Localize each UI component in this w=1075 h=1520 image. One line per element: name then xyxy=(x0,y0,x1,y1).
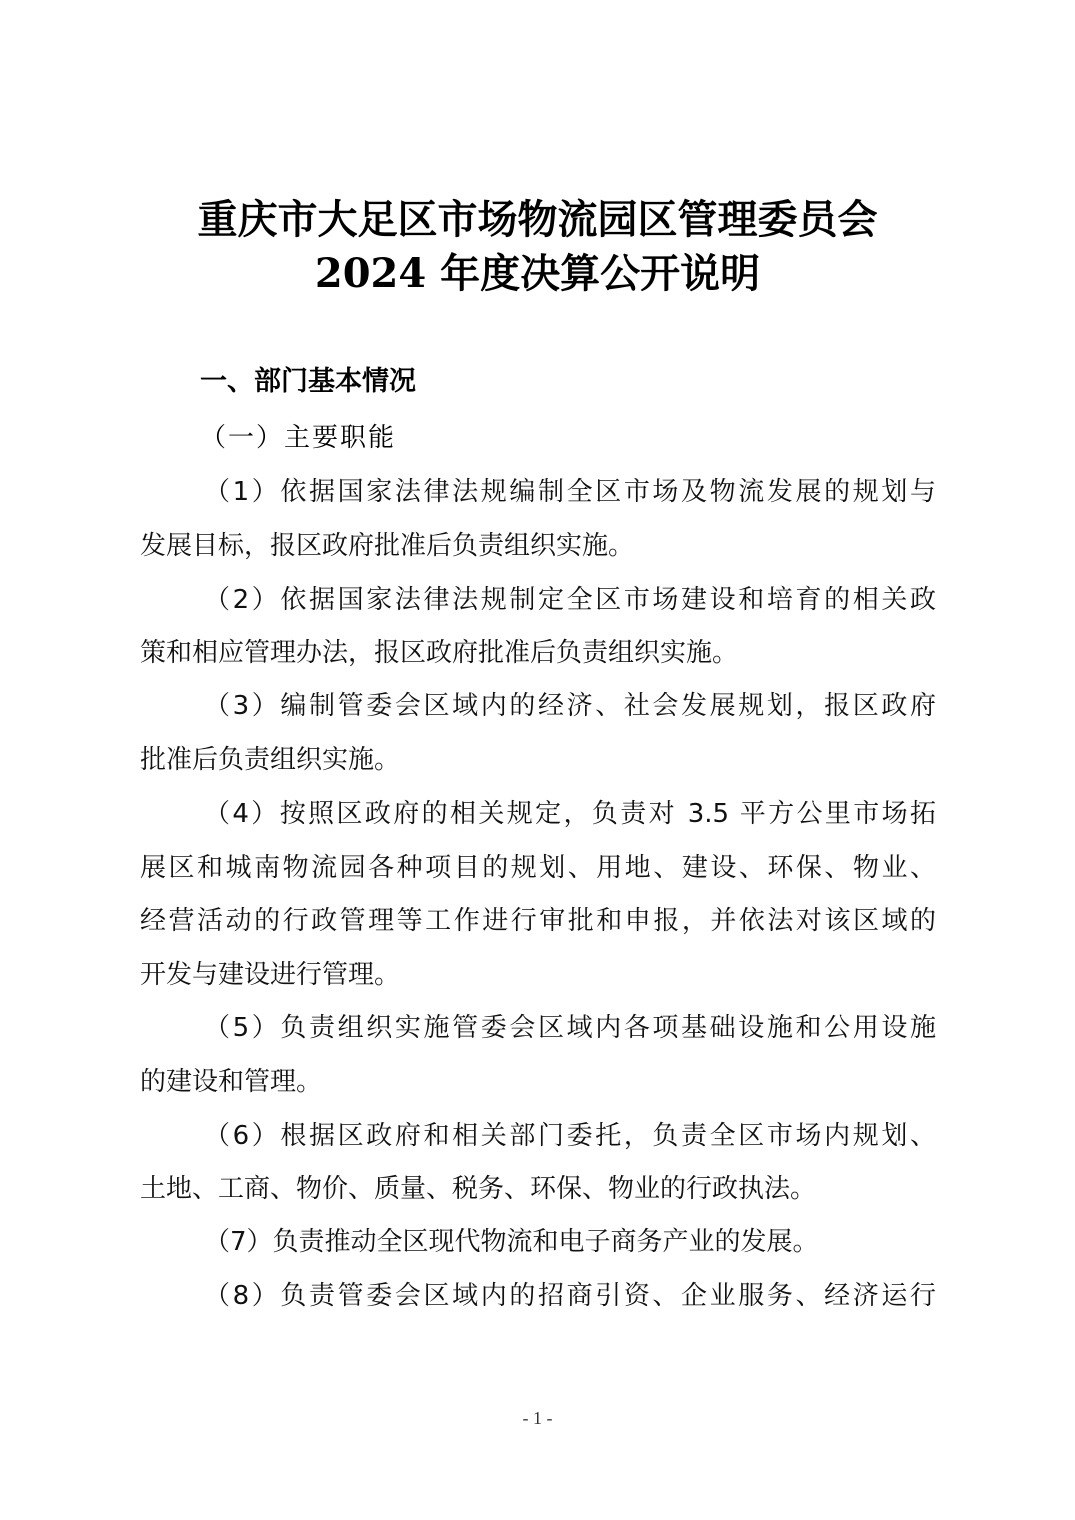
paragraph-4-line-1: （4）按照区政府的相关规定，负责对 3.5 平方公里市场拓 xyxy=(204,794,936,834)
paragraph-6-line-2: 土地、工商、物价、质量、税务、环保、物业的行政执法。 xyxy=(140,1169,936,1209)
document-title-line1: 重庆市大足区市场物流园区管理委员会 xyxy=(0,196,1075,244)
paragraph-3-line-1: （3）编制管委会区域内的经济、社会发展规划，报区政府 xyxy=(204,686,936,726)
paragraph-5-line-2: 的建设和管理。 xyxy=(140,1062,936,1102)
subsection-heading: （一）主要职能 xyxy=(200,418,396,458)
document-page: 重庆市大足区市场物流园区管理委员会 2024 年度决算公开说明 一、部门基本情况… xyxy=(0,0,1075,1520)
paragraph-4-line-2: 展区和城南物流园各种项目的规划、用地、建设、环保、物业、 xyxy=(140,848,936,888)
paragraph-1-line-2: 发展目标，报区政府批准后负责组织实施。 xyxy=(140,526,936,566)
paragraph-6-line-1: （6）根据区政府和相关部门委托，负责全区市场内规划、 xyxy=(204,1116,936,1156)
page-number: - 1 - xyxy=(0,1408,1075,1429)
paragraph-5-line-1: （5）负责组织实施管委会区域内各项基础设施和公用设施 xyxy=(204,1008,936,1048)
document-title-line2: 2024 年度决算公开说明 xyxy=(0,250,1075,298)
section-heading: 一、部门基本情况 xyxy=(200,362,416,402)
paragraph-2-line-2: 策和相应管理办法，报区政府批准后负责组织实施。 xyxy=(140,633,936,673)
paragraph-4-line-4: 开发与建设进行管理。 xyxy=(140,955,936,995)
paragraph-4-line-3: 经营活动的行政管理等工作进行审批和申报，并依法对该区域的 xyxy=(140,901,936,941)
paragraph-7-line-1: （7）负责推动全区现代物流和电子商务产业的发展。 xyxy=(204,1222,936,1262)
paragraph-2-line-1: （2）依据国家法律法规制定全区市场建设和培育的相关政 xyxy=(204,580,936,620)
paragraph-8-line-1: （8）负责管委会区域内的招商引资、企业服务、经济运行 xyxy=(204,1276,936,1316)
paragraph-3-line-2: 批准后负责组织实施。 xyxy=(140,740,936,780)
paragraph-1-line-1: （1）依据国家法律法规编制全区市场及物流发展的规划与 xyxy=(204,472,936,512)
